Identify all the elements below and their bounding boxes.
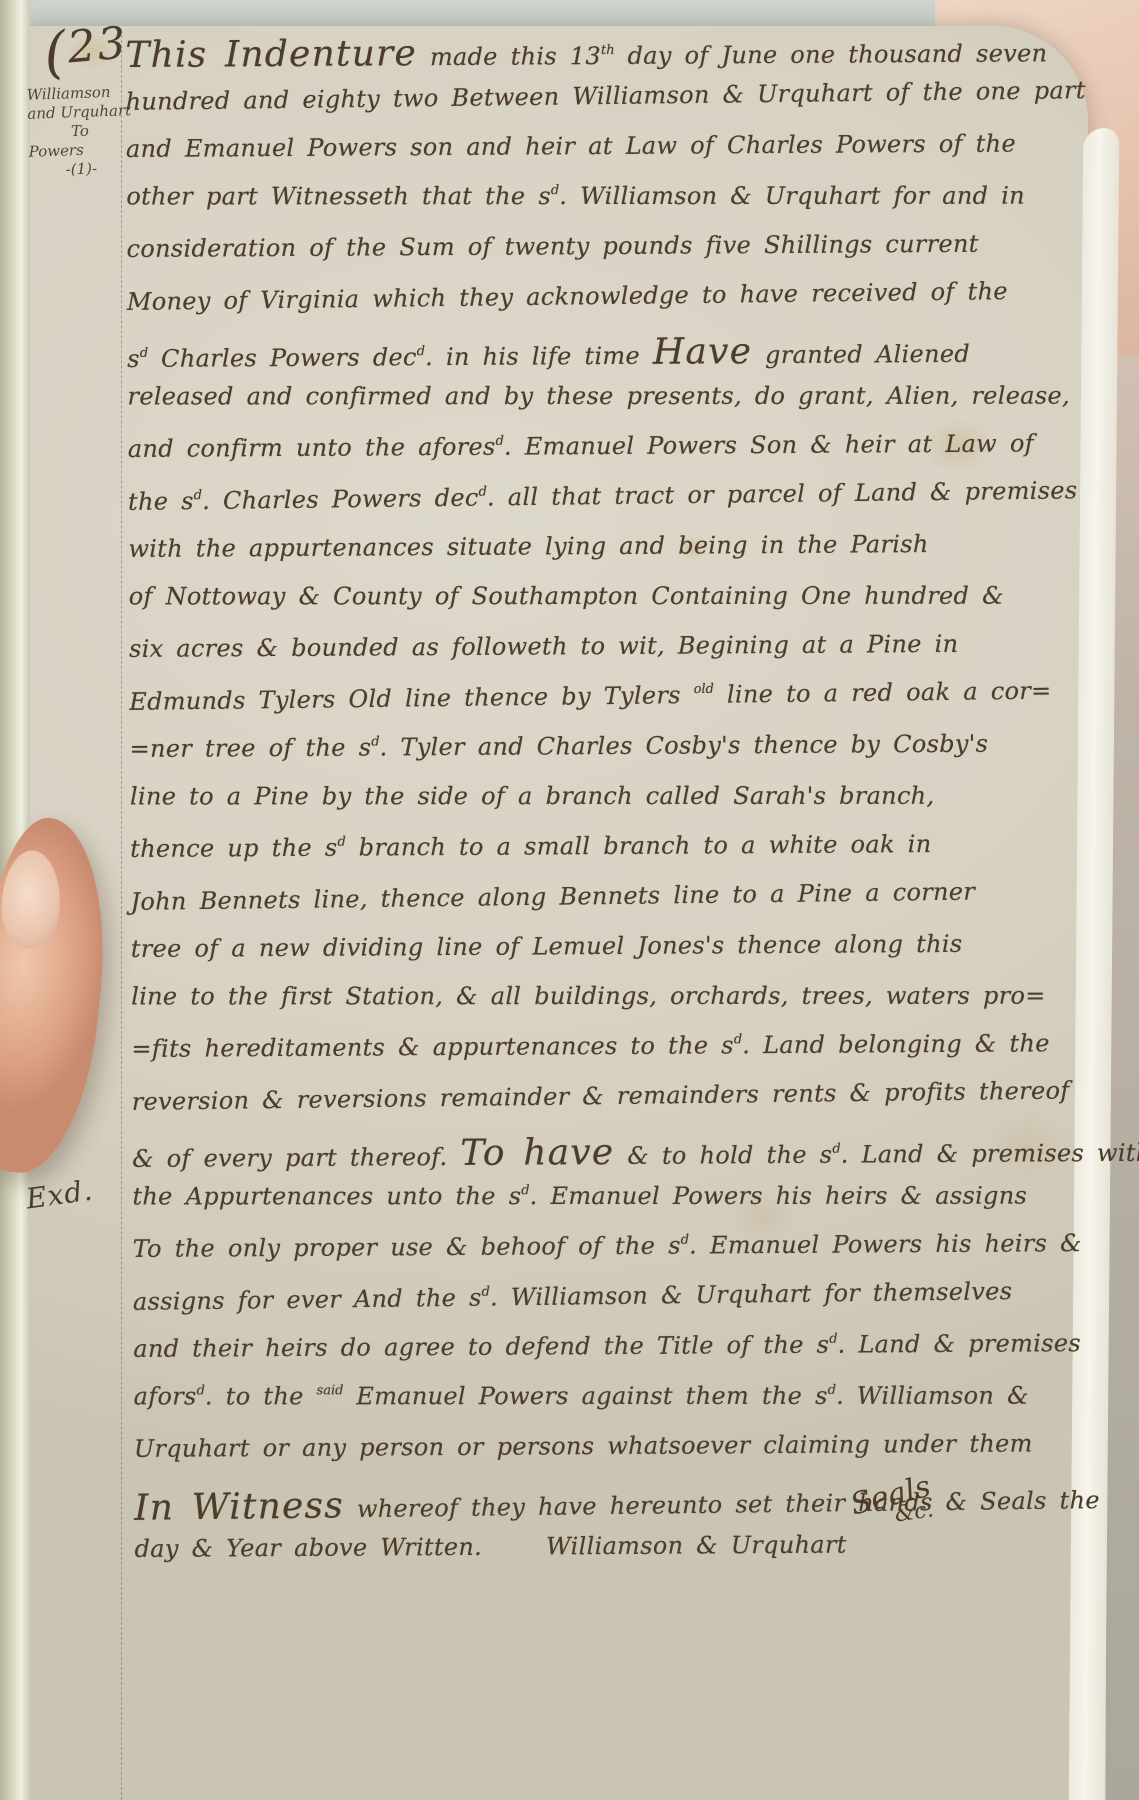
manuscript-line: Money of Virginia which they acknowledge… [127, 276, 1088, 338]
manuscript-line: six acres & bounded as followeth to wit,… [129, 629, 1089, 685]
manuscript-line: aforsd. to the said Emanuel Powers again… [134, 1382, 1094, 1433]
manuscript-line: In Witness whereof they have hereunto se… [134, 1476, 1095, 1538]
manuscript-line: John Bennets line, thence along Bennets … [130, 876, 1091, 938]
page-number: (23 [41, 14, 130, 86]
manuscript-line: reversion & reversions remainder & remai… [132, 1076, 1093, 1138]
manuscript-body: This Indenture made this 13th day of Jun… [125, 29, 1094, 1585]
manuscript-line: & of every part thereof. To have & to ho… [132, 1129, 1092, 1185]
manuscript-line: line to a Pine by the side of a branch c… [130, 782, 1090, 833]
manuscript-line: and their heirs do agree to defend the T… [133, 1329, 1093, 1385]
manuscript-line: Edmunds Tylers Old line thence by Tylers… [129, 676, 1090, 738]
manuscript-line: assigns for ever And the sd. Williamson … [133, 1276, 1094, 1338]
manuscript-line: Urquhart or any person or persons whatso… [134, 1429, 1094, 1485]
manuscript-line: =ner tree of the sd. Tyler and Charles C… [130, 729, 1090, 785]
manuscript-line: =fits hereditaments & appurtenances to t… [131, 1029, 1091, 1085]
case-caption-line: -(1)- [29, 158, 134, 181]
manuscript-line: tree of a new dividing line of Lemuel Jo… [131, 929, 1091, 985]
manuscript-line: To the only proper use & behoof of the s… [133, 1229, 1093, 1285]
thumb-nail [0, 849, 61, 949]
manuscript-line: thence up the sd branch to a small branc… [130, 829, 1090, 885]
case-caption-line: and Urquhart [27, 101, 132, 124]
manuscript-line: line to the first Station, & all buildin… [131, 982, 1091, 1033]
manuscript-line: consideration of the Sum of twenty pound… [126, 229, 1086, 285]
manuscript-line: released and confirmed and by these pres… [128, 382, 1088, 433]
manuscript-line: This Indenture made this 13th day of Jun… [125, 29, 1085, 85]
manuscript-line: day & Year above Written.Williamson & Ur… [134, 1529, 1094, 1585]
manuscript-line: other part Witnesseth that the sd. Willi… [126, 182, 1086, 233]
manuscript-line: and confirm unto the aforesd. Emanuel Po… [128, 429, 1088, 485]
margin-rule-line [121, 30, 122, 1800]
manuscript-line: hundred and eighty two Between Williamso… [125, 76, 1086, 138]
manuscript-line: the Appurtenances unto the sd. Emanuel P… [132, 1182, 1092, 1233]
case-caption-note: Williamsonand UrquhartToPowers-(1)- [26, 82, 133, 181]
manuscript-line: sd Charles Powers decd. in his life time… [127, 329, 1087, 385]
manuscript-line: with the appurtenances situate lying and… [128, 529, 1088, 585]
manuscript-line: of Nottoway & County of Southampton Cont… [129, 582, 1089, 633]
manuscript-line: the sd. Charles Powers decd. all that tr… [128, 476, 1089, 538]
manuscript-line: and Emanuel Powers son and heir at Law o… [126, 129, 1086, 185]
deed-book-photo: (23 Williamsonand UrquhartToPowers-(1)- … [0, 0, 1139, 1800]
